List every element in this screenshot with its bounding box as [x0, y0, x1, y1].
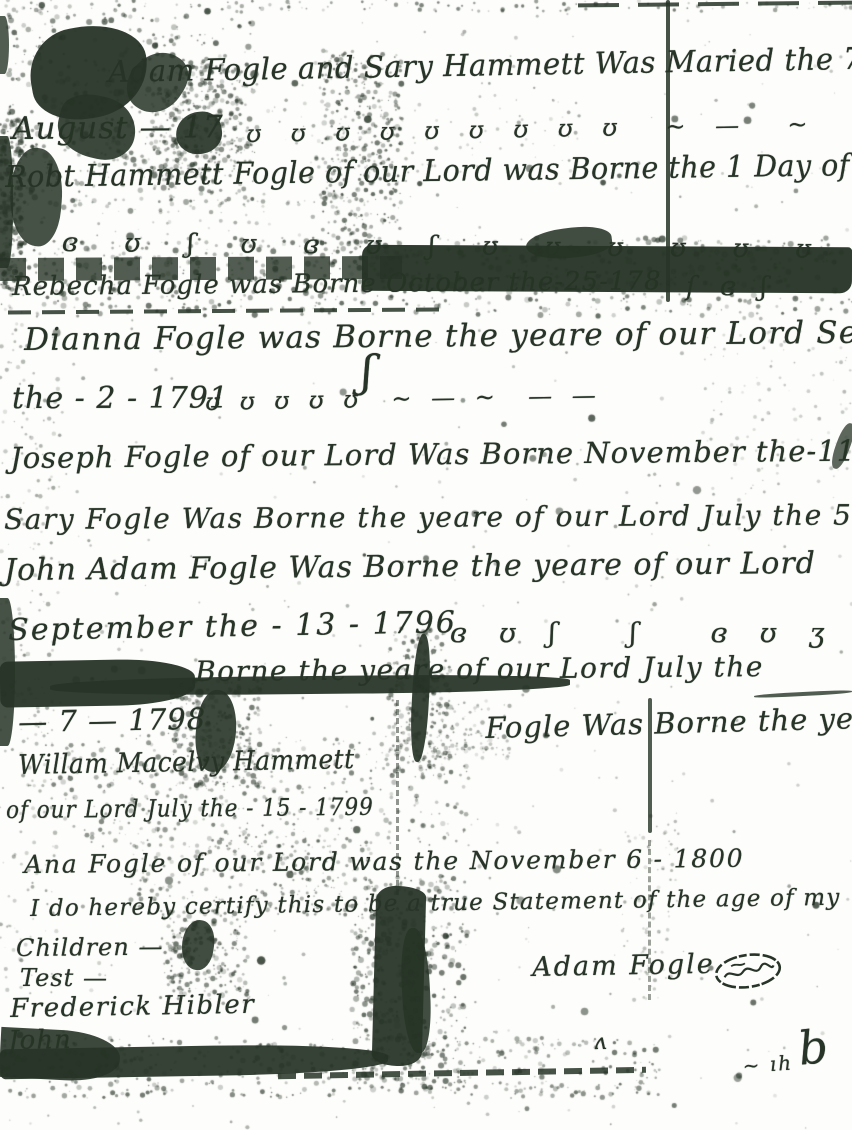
- handwriting-layer: Adam Fogle and Sary Hammett Was Maried t…: [0, 0, 852, 1130]
- line-willam-birth: Willam Macelvy Hammett: [18, 746, 355, 779]
- line-dianna-date: the - 2 - 1791: [12, 384, 229, 414]
- line-john-adam-birth: John Adam Fogle Was Borne the yeare of o…: [4, 549, 816, 586]
- line-sary-birth: Sary Fogle Was Borne the yeare of our Lo…: [4, 501, 852, 534]
- seal-mark: [709, 945, 786, 997]
- scanned-document-page: Adam Fogle and Sary Hammett Was Maried t…: [0, 0, 852, 1130]
- line-flourish-row-1: ɞ ʊ ʃ ʊ ɞ ʊ ʃ ʊ ʊ ʊ ʊ ʊ ʊ ɞ ɞ: [62, 230, 852, 264]
- line-marriage-1: Adam Fogle and Sary Hammett Was Maried t…: [108, 43, 852, 88]
- line-marriage-2: August — 17: [12, 112, 224, 145]
- line-frederick-signature: Frederick Hibler: [10, 992, 255, 1022]
- line-willam-cont: Fogle Was Borne the year: [485, 703, 852, 743]
- line-smeared-birth: Borne the yeare of our Lord July the: [195, 653, 764, 686]
- line-stray-mark-b: b: [796, 1023, 830, 1072]
- line-certification: I do hereby certify this to be a true St…: [30, 887, 841, 921]
- line-stray-pen-stroke: ʃ: [360, 350, 373, 394]
- line-test-word: Test —: [20, 966, 108, 990]
- line-marriage-2-flourish: ʊ ʊ ʊ ʊ ʊ ʊ ʊ ʊ ʊ ~ — ~ ——: [246, 110, 852, 146]
- line-john-signature: John: [8, 1027, 72, 1054]
- line-rebecha-birth: Rebecha Fogle was Borne October the-25-1…: [12, 268, 662, 300]
- line-dianna-birth: Dianna Fogle was Borne the yeare of our …: [24, 317, 852, 356]
- line-smeared-date: — 7 — 1798: [18, 705, 206, 737]
- line-children-word: Children —: [16, 935, 164, 960]
- line-stray-mark-dash: ~ ıh: [742, 1052, 794, 1075]
- line-joseph-birth: Joseph Fogle of our Lord Was Borne Novem…: [10, 436, 852, 473]
- line-rebecha-flourish: ſ ɞ ʃ: [686, 274, 775, 300]
- line-dianna-flourish: ʊ ʊ ʊ ʊ ʊ ~ — ~ — —: [205, 383, 602, 414]
- line-john-adam-date: September the - 13 - 1796: [8, 608, 457, 646]
- line-stray-mark-caret: ʌ: [594, 1032, 606, 1054]
- line-willam-date: of our Lord July the - 15 - 1799: [6, 795, 374, 822]
- line-john-adam-flourish: ɞ ʊ ʃ ʃ ɞ ʊ ʒ: [450, 620, 836, 647]
- line-robt-birth: Robt Hammett Fogle of our Lord was Borne…: [5, 150, 852, 193]
- line-ana-birth: Ana Fogle of our Lord was the November 6…: [24, 846, 745, 877]
- line-adam-signature: Adam Fogle: [532, 951, 715, 981]
